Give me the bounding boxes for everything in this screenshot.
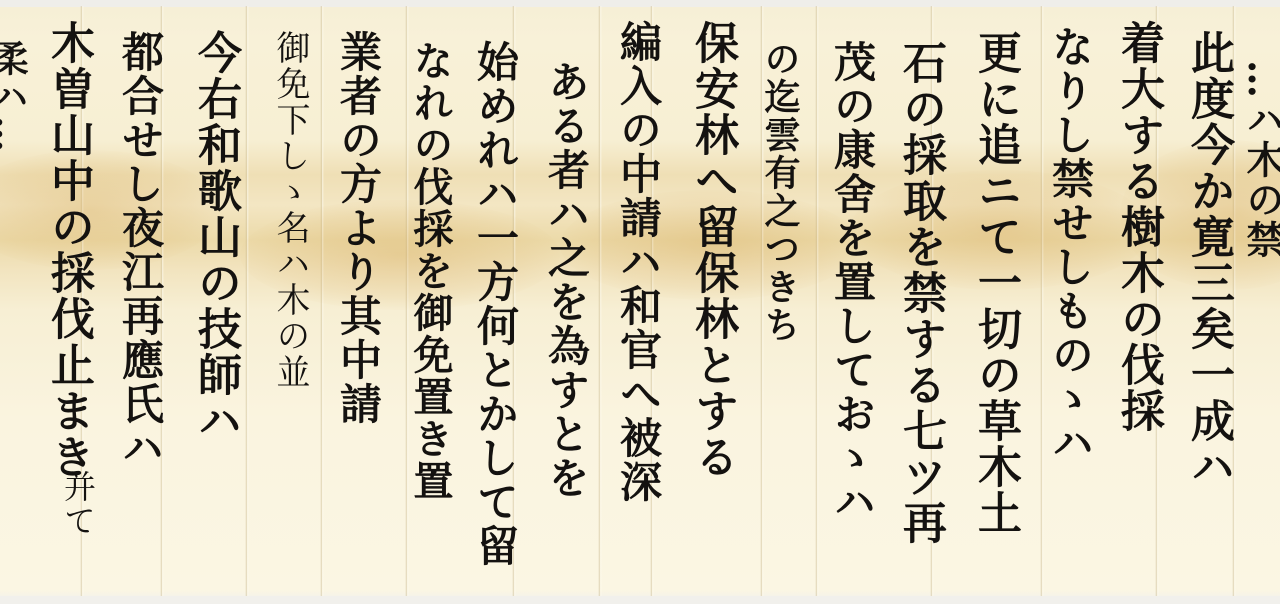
text-column: 着大する樹木の伐採	[1116, 20, 1160, 434]
text-column: 御免下しゝ名ハ木の並	[273, 30, 307, 390]
paper-fold-line	[598, 6, 602, 598]
text-column: 并て	[62, 470, 94, 538]
text-column: なれの伐採を御免置き置	[410, 40, 450, 502]
text-column: 編入の中請ハ和官へ被深	[617, 20, 659, 504]
text-column: 保安林へ留保林とする	[690, 20, 734, 480]
paper-fold-line	[815, 6, 819, 598]
scan-border-top	[0, 0, 1280, 7]
text-column: 此度今か寛三矣一成ハ	[1186, 30, 1230, 490]
scan-border-bottom	[0, 596, 1280, 604]
text-column: 更に追ニて一切の草木土	[973, 30, 1017, 536]
paper-fold-line	[245, 6, 249, 598]
text-column: なりし禁せしものゝハ	[1049, 25, 1091, 465]
text-column: 茂の康舍を置しておゝハ	[831, 40, 873, 524]
manuscript-page: …ハ木の禁此度今か寛三矣一成ハ着大する樹木の伐採なりし禁せしものゝハ更に追ニて一…	[0, 0, 1280, 604]
text-column: 今右和歌山の技師ハ	[193, 30, 237, 444]
text-column: ある者ハ之を為すとを	[545, 60, 587, 500]
text-column: 石の採取を禁する七ツ再	[898, 40, 942, 546]
text-column: の迄雲有之つきち	[762, 40, 798, 344]
text-column: 木曽山中の採伐止まき	[46, 20, 90, 480]
text-column: 始めれハ一方何とかして留	[474, 40, 516, 568]
text-column: 都合せし夜江再應氏ハ	[119, 30, 161, 470]
paper-fold-line	[1040, 6, 1044, 598]
text-column: …ハ木の禁	[1243, 60, 1280, 260]
water-stain	[0, 150, 220, 270]
text-column: 業者の方より其中請	[337, 30, 379, 426]
text-column: 柔ハ…	[0, 40, 26, 154]
